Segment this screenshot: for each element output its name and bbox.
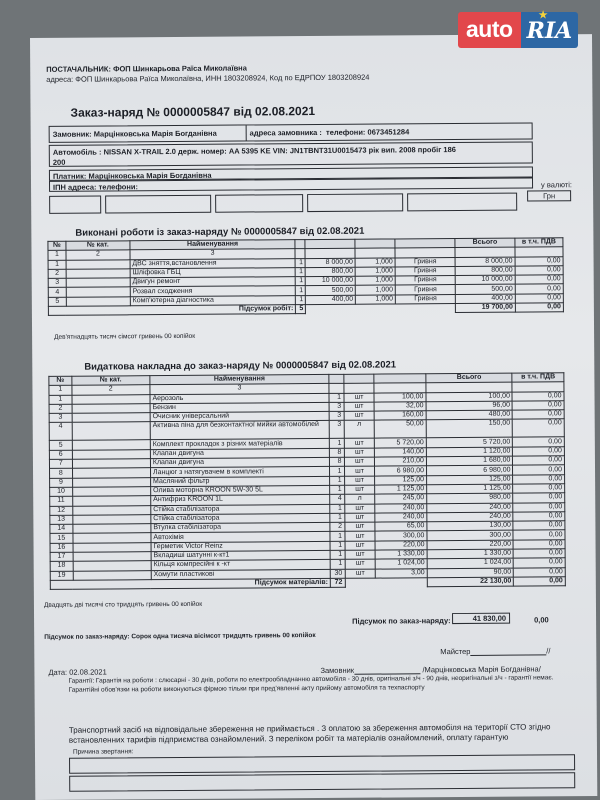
materials-cell-unit: шт <box>344 393 375 403</box>
works-cell-total: 8 000,00 <box>455 257 515 267</box>
works-col-total: Всього <box>455 238 515 248</box>
materials-cell-n: 9 <box>50 478 73 487</box>
materials-cell-total: 100,00 <box>426 392 513 402</box>
materials-cell-cat <box>72 496 150 506</box>
logo-auto-text: auto <box>458 12 521 48</box>
materials-cell-qty: 1 <box>330 532 344 541</box>
works-cell-coef: 1,000 <box>356 276 396 286</box>
warranty-text: Гарантії: Гарантія на роботи : слюсарні … <box>68 674 568 694</box>
order-title: Заказ-наряд № 0000005847 від 02.08.2021 <box>70 104 315 120</box>
materials-cell-total: 1 330,00 <box>427 549 514 559</box>
materials-cell-unit: шт <box>344 402 375 412</box>
materials-cell-total: 150,00 <box>426 420 513 439</box>
materials-cell-unit: л <box>344 421 375 439</box>
materials-cell-qty: 1 <box>330 513 344 522</box>
vehicle-mileage-cont: 200 <box>53 158 66 167</box>
materials-cell-total: 6 980,00 <box>426 466 513 476</box>
works-subtotal-vat: 0,00 <box>515 303 563 313</box>
materials-cell-n: 8 <box>50 469 73 478</box>
supplier-label: ПОСТАЧАЛЬНИК: <box>46 64 111 73</box>
materials-cell-cat <box>72 413 150 423</box>
order-total-in-words: Підсумок по заказ-наряду: Сорок одна тис… <box>44 632 315 641</box>
works-cell-total: 500,00 <box>455 285 515 295</box>
materials-cell-vat: 0,00 <box>512 391 564 401</box>
materials-cell-unit: шт <box>344 476 375 486</box>
materials-cell-vat: 0,00 <box>513 447 565 457</box>
materials-cell-vat: 0,00 <box>513 456 565 466</box>
works-cell-coef: 1,000 <box>355 267 395 277</box>
payer-label: Платник: <box>53 172 86 181</box>
currency-box: Грн <box>527 190 571 201</box>
customer-label: Замовник: <box>53 130 92 139</box>
works-cell-qty: 1 <box>296 286 306 295</box>
materials-cell-cat <box>72 487 150 497</box>
materials-cell-price: 1 024,00 <box>376 559 428 569</box>
materials-cell-n: 6 <box>49 450 72 459</box>
works-title: Виконані роботи із заказ-наряду № 000000… <box>75 226 364 239</box>
currency-value: Грн <box>543 191 555 200</box>
works-subheader: 1 <box>48 251 66 260</box>
materials-cell-unit: шт <box>344 457 375 467</box>
materials-in-words: Двадцять дві тисячі сто тридцять гривень… <box>44 601 202 609</box>
materials-cell-total: 130,00 <box>427 521 514 531</box>
materials-cell-vat: 0,00 <box>513 419 565 437</box>
materials-cell-price: 100,00 <box>374 392 426 402</box>
materials-cell-n: 15 <box>50 534 73 543</box>
materials-cell-unit: шт <box>344 485 375 495</box>
works-cell-qty: 1 <box>296 277 306 286</box>
works-cell-cur: Гривня <box>395 266 455 276</box>
works-cell-qty: 1 <box>296 295 306 304</box>
materials-cell-n: 16 <box>50 543 73 552</box>
materials-cell-n: 13 <box>50 515 73 524</box>
materials-cell-total: 5 720,00 <box>426 438 513 448</box>
empty-field-1 <box>49 196 101 214</box>
materials-cell-qty: 1 <box>330 541 344 550</box>
empty-field-4 <box>307 193 403 212</box>
materials-cell-vat: 0,00 <box>513 521 565 531</box>
materials-cell-price: 1 330,00 <box>376 550 428 560</box>
materials-cell-unit: шт <box>344 504 375 514</box>
materials-cell-unit: шт <box>344 466 375 476</box>
materials-cell-cat <box>72 394 150 404</box>
works-cell-n: 5 <box>48 297 66 306</box>
materials-cell-qty: 1 <box>330 467 344 476</box>
works-cell-cat <box>66 269 130 279</box>
works-cell-price: 10 000,00 <box>306 276 356 286</box>
materials-cell-qty: 3 <box>329 421 344 439</box>
materials-subheader: 2 <box>72 385 150 395</box>
works-cell-price: 400,00 <box>306 295 356 305</box>
materials-cell-cat <box>72 404 150 414</box>
materials-cell-price: 210,00 <box>375 457 427 467</box>
materials-cell-price: 125,00 <box>375 475 427 485</box>
works-cell-cat <box>66 297 130 307</box>
materials-cell-n: 18 <box>50 562 73 571</box>
materials-cell-unit: л <box>344 494 375 504</box>
materials-subtotal-vat: 0,00 <box>514 577 566 587</box>
materials-cell-n: 1 <box>49 395 72 404</box>
materials-cell-qty: 3 <box>329 402 343 411</box>
works-cell-n: 3 <box>48 278 66 287</box>
materials-cell-vat: 0,00 <box>513 484 565 494</box>
star-icon: ★ <box>539 10 548 21</box>
document-page: ПОСТАЧАЛЬНИК: ФОП Шинкарьова Раїса Микол… <box>30 34 597 800</box>
works-cell-cur: Гривня <box>396 294 456 304</box>
autoria-logo: auto ★ RIA <box>458 12 588 52</box>
materials-cell-name: Активна піна для безконтактної мийки авт… <box>150 421 329 440</box>
supplier-address: адреса: ФОП Шинкарьова Раїса Миколаївна,… <box>46 73 369 84</box>
materials-cell-price: 160,00 <box>375 411 427 421</box>
materials-cell-cat <box>73 552 151 562</box>
works-subtotal-qty: 5 <box>296 305 306 314</box>
works-cell-cur: Гривня <box>395 285 455 295</box>
materials-cell-unit: шт <box>344 448 375 458</box>
materials-cell-qty: 1 <box>330 485 344 494</box>
materials-cell-total: 1 120,00 <box>426 447 513 457</box>
materials-cell-cat <box>72 515 150 525</box>
materials-cell-qty: 3 <box>329 412 343 421</box>
empty-field-2 <box>105 195 211 214</box>
materials-cell-price: 240,00 <box>375 513 427 523</box>
phone-value: 0673451284 <box>367 127 409 136</box>
materials-col-cat: № кат. <box>72 376 150 386</box>
materials-cell-cat <box>72 505 150 515</box>
materials-subtotal-total: 22 130,00 <box>427 577 514 587</box>
materials-cell-total: 1 125,00 <box>427 484 514 494</box>
materials-cell-n: 14 <box>50 524 73 533</box>
works-cell-cat <box>66 278 130 288</box>
materials-cell-unit: шт <box>344 439 375 449</box>
vehicle-info: Автомобіль : NISSAN X-TRAIL 2.0 держ. но… <box>53 145 456 157</box>
materials-cell-cat <box>73 524 151 534</box>
works-cell-n: 2 <box>48 269 66 278</box>
empty-field-5 <box>407 193 517 212</box>
works-col-no: № <box>48 241 66 250</box>
works-subtotal-total: 19 700,00 <box>455 303 515 313</box>
works-cell-vat: 0,00 <box>515 284 563 294</box>
works-subheader: 2 <box>66 250 130 260</box>
order-total-label: Підсумок по заказ-наряду: <box>352 616 451 626</box>
materials-cell-vat: 0,00 <box>513 465 565 475</box>
materials-cell-total: 220,00 <box>427 540 514 550</box>
works-cell-n: 1 <box>48 260 66 269</box>
materials-cell-vat: 0,00 <box>514 558 566 568</box>
materials-cell-cat <box>73 561 151 571</box>
order-total-vat: 0,00 <box>534 615 549 624</box>
works-cell-price: 800,00 <box>306 267 356 277</box>
materials-cell-price: 245,00 <box>375 494 427 504</box>
materials-cell-vat: 0,00 <box>513 540 565 550</box>
supplier-name: ФОП Шинкарьова Раїса Миколаївна <box>113 63 247 73</box>
materials-cell-total: 240,00 <box>427 503 514 513</box>
works-cell-vat: 0,00 <box>515 266 563 276</box>
works-cell-total: 10 000,00 <box>455 275 515 285</box>
materials-cell-qty: 1 <box>330 560 344 569</box>
materials-cell-n: 10 <box>50 487 73 496</box>
supplier-header: ПОСТАЧАЛЬНИК: ФОП Шинкарьова Раїса Микол… <box>46 63 247 73</box>
materials-cell-cat <box>72 449 150 459</box>
works-cell-vat: 0,00 <box>515 275 563 285</box>
materials-cell-unit: шт <box>345 569 376 579</box>
materials-cell-cat <box>73 570 151 580</box>
customer-sign-label: Замовник <box>320 666 354 675</box>
materials-subheader: 1 <box>49 386 72 395</box>
works-cell-coef: 1,000 <box>356 285 396 295</box>
materials-cell-vat: 0,00 <box>513 493 565 503</box>
materials-cell-vat: 0,00 <box>514 567 566 577</box>
logo-ria-block: ★ RIA <box>521 12 579 48</box>
logo-ria-text: RIA <box>527 18 573 44</box>
currency-label: у валюті: <box>541 180 572 189</box>
materials-cell-price: 1 125,00 <box>375 485 427 495</box>
works-cell-qty: 1 <box>296 267 306 276</box>
works-col-vat: в т.ч. ПДВ <box>515 238 563 248</box>
materials-cell-qty: 1 <box>330 476 344 485</box>
materials-cell-cat <box>72 459 150 469</box>
materials-subtotal-label: Підсумок матеріалів: <box>50 578 330 589</box>
materials-cell-total: 480,00 <box>426 410 513 420</box>
materials-cell-cat <box>72 468 150 478</box>
materials-col-no: № <box>49 376 72 385</box>
materials-cell-vat: 0,00 <box>513 530 565 540</box>
materials-cell-qty: 2 <box>330 522 344 531</box>
materials-cell-price: 240,00 <box>375 503 427 513</box>
materials-cell-vat: 0,00 <box>513 502 565 512</box>
reason-field-2 <box>69 772 575 792</box>
works-cell-total: 800,00 <box>455 266 515 276</box>
materials-cell-n: 12 <box>50 506 73 515</box>
materials-cell-total: 125,00 <box>427 475 514 485</box>
materials-cell-qty: 1 <box>330 504 344 513</box>
works-col-cat: № кат. <box>66 241 130 251</box>
materials-cell-unit: шт <box>345 541 376 551</box>
materials-cell-total: 1 680,00 <box>426 456 513 466</box>
materials-cell-price: 220,00 <box>375 540 427 550</box>
materials-cell-vat: 0,00 <box>514 549 566 559</box>
phone-label: телефони: <box>326 128 365 137</box>
reason-field <box>69 754 575 774</box>
materials-cell-n: 11 <box>50 496 73 505</box>
customer-box: Замовник: Марцінковська Марія Богданівна… <box>49 122 533 142</box>
materials-cell-unit: шт <box>345 559 376 569</box>
master-signature-line <box>470 654 546 656</box>
storage-text: Транспортний засіб на відповідальне збер… <box>69 722 581 746</box>
works-cell-coef: 1,000 <box>356 295 396 305</box>
materials-cell-total: 300,00 <box>427 531 514 541</box>
materials-cell-total: 1 024,00 <box>427 558 514 568</box>
materials-cell-price: 300,00 <box>375 531 427 541</box>
works-cell-cur: Гривня <box>395 276 455 286</box>
materials-cell-qty: 30 <box>330 569 344 578</box>
materials-table: № № кат. Найменування Всього в т.ч. ПДВ … <box>48 372 565 590</box>
materials-cell-qty: 1 <box>329 439 343 448</box>
works-cell-qty: 1 <box>295 258 305 267</box>
customer-address-label: адреса замовника : <box>250 128 322 138</box>
customer-name: Марцінковська Марія Богданівна <box>94 129 217 139</box>
materials-subtotal-qty: 72 <box>330 578 344 587</box>
materials-cell-unit: шт <box>345 550 376 560</box>
reason-label: Причина звертання: <box>73 748 133 755</box>
materials-cell-vat: 0,00 <box>513 512 565 522</box>
materials-cell-qty: 8 <box>330 448 344 457</box>
materials-cell-unit: шт <box>344 513 375 523</box>
materials-cell-cat <box>72 440 150 450</box>
works-cell-cur: Гривня <box>395 257 455 267</box>
materials-cell-total: 96,00 <box>426 401 513 411</box>
works-cell-cat <box>66 287 130 297</box>
materials-col-vat: в т.ч. ПДВ <box>512 373 564 383</box>
materials-cell-n: 2 <box>49 404 72 413</box>
order-total-value: 41 830,00 <box>473 614 506 623</box>
works-cell-vat: 0,00 <box>515 256 563 266</box>
order-total-box: 41 830,00 <box>452 613 510 624</box>
ipn-box: ІПН адреса: телефони: <box>49 177 533 191</box>
materials-cell-price: 140,00 <box>375 448 427 458</box>
materials-cell-qty: 1 <box>329 393 343 402</box>
materials-cell-n: 4 <box>49 423 72 441</box>
materials-cell-price: 3,00 <box>376 568 428 578</box>
works-in-words: Дев'ятнадцять тисяч сімсот гривень 00 ко… <box>54 333 195 341</box>
ipn-line: ІПН адреса: телефони: <box>53 182 138 192</box>
materials-cell-unit: шт <box>344 522 375 532</box>
materials-cell-cat <box>72 422 150 441</box>
materials-cell-price: 32,00 <box>374 402 426 412</box>
materials-cell-total: 240,00 <box>427 512 514 522</box>
materials-cell-n: 3 <box>49 413 72 422</box>
materials-cell-vat: 0,00 <box>513 474 565 484</box>
works-subtotal-label: Підсумок робіт: <box>48 305 295 316</box>
materials-cell-cat <box>73 533 151 543</box>
materials-cell-price: 50,00 <box>375 420 427 438</box>
master-label: Майстер <box>440 647 470 656</box>
works-table: № № кат. Найменування Всього в т.ч. ПДВ … <box>47 237 564 316</box>
materials-cell-n: 17 <box>50 552 73 561</box>
works-cell-total: 400,00 <box>455 294 515 304</box>
works-cell-price: 8 000,00 <box>305 258 355 268</box>
materials-cell-qty: 8 <box>330 457 344 466</box>
materials-cell-unit: шт <box>344 411 375 421</box>
works-cell-n: 4 <box>48 288 66 297</box>
works-cell-coef: 1,000 <box>355 258 395 268</box>
materials-cell-cat <box>73 542 151 552</box>
materials-cell-vat: 0,00 <box>512 401 564 411</box>
works-cell-vat: 0,00 <box>515 294 563 304</box>
materials-cell-n: 19 <box>50 571 73 580</box>
materials-cell-unit: шт <box>345 532 376 542</box>
materials-cell-price: 5 720,00 <box>375 438 427 448</box>
materials-cell-vat: 0,00 <box>513 437 565 447</box>
materials-cell-price: 6 980,00 <box>375 466 427 476</box>
works-cell-cat <box>66 259 130 269</box>
materials-cell-total: 980,00 <box>427 493 514 503</box>
materials-cell-vat: 0,00 <box>513 410 565 420</box>
vehicle-box: Автомобіль : NISSAN X-TRAIL 2.0 держ. но… <box>49 141 533 166</box>
materials-cell-n: 7 <box>49 459 72 468</box>
materials-cell-price: 65,00 <box>375 522 427 532</box>
empty-field-3 <box>215 194 303 213</box>
materials-cell-n: 5 <box>49 441 72 450</box>
master-suffix: // <box>546 646 550 655</box>
materials-cell-qty: 1 <box>330 550 344 559</box>
materials-cell-cat <box>72 477 150 487</box>
customer-sign-name: /Марцінковська Марія Богданівна/ <box>422 664 540 674</box>
materials-cell-total: 90,00 <box>427 568 514 578</box>
date-label: Дата: 02.08.2021 <box>48 667 106 676</box>
works-cell-price: 500,00 <box>306 286 356 296</box>
materials-title: Видаткова накладна до заказ-наряду № 000… <box>84 359 396 372</box>
materials-cell-qty: 4 <box>330 495 344 504</box>
